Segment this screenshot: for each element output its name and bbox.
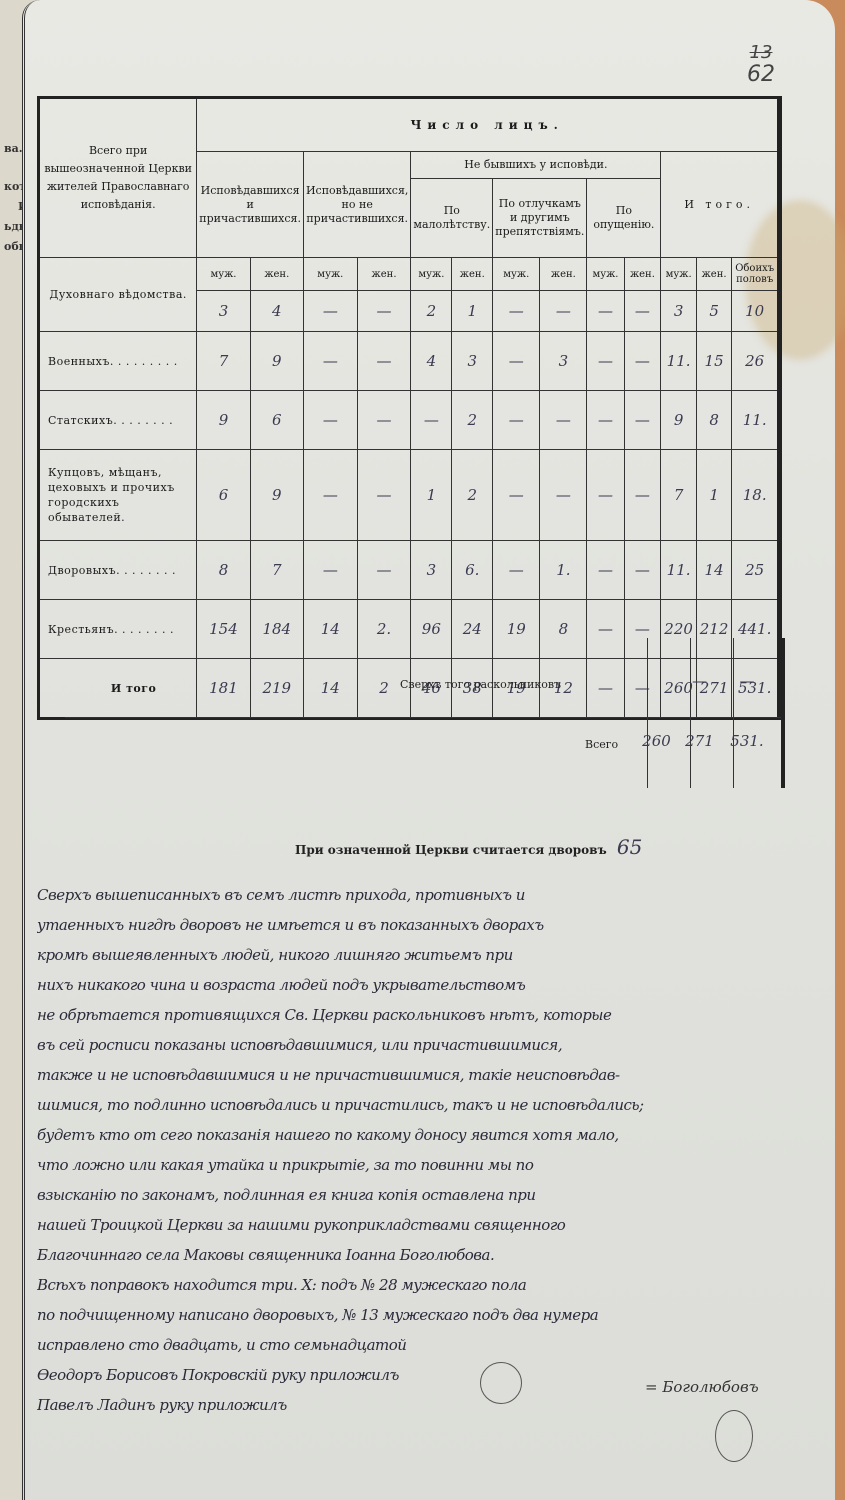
col-female: жен. bbox=[250, 258, 303, 291]
cell: 212 bbox=[696, 600, 731, 659]
cell: 19 bbox=[493, 600, 540, 659]
cell: — bbox=[624, 332, 661, 391]
cell: 6 bbox=[250, 391, 303, 450]
cell: 14 bbox=[303, 600, 357, 659]
cell: — bbox=[624, 600, 661, 659]
note-line: шимися, то подлинно исповѣдались и прича… bbox=[37, 1090, 827, 1120]
note-line: кромѣ вышеявленныхъ людей, никого лишняг… bbox=[37, 940, 827, 970]
archive-number-current: 62 bbox=[747, 64, 775, 86]
note-line: Благочиннаго села Маковы священника Іоан… bbox=[37, 1240, 827, 1270]
cell: 15 bbox=[696, 332, 731, 391]
row-label: Военныхъ. . . . . . . . . bbox=[39, 332, 197, 391]
cell: — bbox=[357, 391, 411, 450]
subgroup-header: По отлучкамъ и другимъ препятствіямъ. bbox=[493, 179, 587, 258]
cell: 219 bbox=[250, 659, 303, 719]
note-line: въ сей росписи показаны исповѣдавшимися,… bbox=[37, 1030, 827, 1060]
households-count: 65 bbox=[617, 835, 642, 859]
row-label: Духовнаго вѣдомства. bbox=[39, 258, 197, 332]
group-header: И того. bbox=[661, 152, 780, 258]
col-male: муж. bbox=[587, 258, 624, 291]
cell: 3 bbox=[661, 291, 696, 332]
cell: 1 bbox=[411, 450, 452, 541]
cell: 7 bbox=[250, 541, 303, 600]
cell: 1 bbox=[452, 291, 493, 332]
divider bbox=[733, 638, 734, 788]
cell: — bbox=[493, 541, 540, 600]
cell: 8 bbox=[540, 600, 587, 659]
cell: 1 bbox=[696, 450, 731, 541]
cell: 18. bbox=[732, 450, 780, 541]
row-label: Крестьянъ. . . . . . . . bbox=[39, 600, 197, 659]
cell: — bbox=[624, 541, 661, 600]
table-row: Военныхъ. . . . . . . . . 7 9 — — 4 3 — … bbox=[39, 332, 780, 391]
note-line: также и не исповѣдавшимися и не причасти… bbox=[37, 1060, 827, 1090]
cell: 96 bbox=[411, 600, 452, 659]
row-label: Купцовъ, мѣщанъ, цеховыхъ и прочихъ горо… bbox=[39, 450, 197, 541]
households-line: При означенной Церкви считается дворовъ … bbox=[295, 835, 642, 859]
cell: 260 bbox=[635, 732, 678, 750]
cell: 2 bbox=[452, 450, 493, 541]
note-line: исправлено сто двадцать, и сто семьнадца… bbox=[37, 1330, 827, 1360]
archive-number-crossed: 13 bbox=[747, 42, 775, 64]
cell: — bbox=[303, 450, 357, 541]
cell: — bbox=[303, 332, 357, 391]
cell: 9 bbox=[250, 332, 303, 391]
cell: 14 bbox=[303, 659, 357, 719]
cell: — bbox=[357, 450, 411, 541]
cell: — bbox=[587, 450, 624, 541]
cell: — bbox=[587, 391, 624, 450]
cell: — bbox=[540, 291, 587, 332]
cell: — bbox=[624, 450, 661, 541]
cell: 184 bbox=[250, 600, 303, 659]
table-row: Купцовъ, мѣщанъ, цеховыхъ и прочихъ горо… bbox=[39, 450, 780, 541]
note-line: утаенныхъ нигдѣ дворовъ не имѣется и въ … bbox=[37, 910, 827, 940]
handwritten-note: Сверхъ вышеписанныхъ въ семъ листѣ прихо… bbox=[37, 880, 827, 1420]
note-line: что ложно или какая утайка и прикрытіе, … bbox=[37, 1150, 827, 1180]
divider bbox=[647, 638, 648, 788]
cell: 9 bbox=[661, 391, 696, 450]
note-line: по подчищенному написано дворовыхъ, № 13… bbox=[37, 1300, 827, 1330]
cell: 26 bbox=[732, 332, 780, 391]
note-line: нашей Троицкой Церкви за нашими рукоприк… bbox=[37, 1210, 827, 1240]
table-row: Дворовыхъ. . . . . . . . 8 7 — — 3 6. — … bbox=[39, 541, 780, 600]
cell: — bbox=[303, 391, 357, 450]
total-label: Всего bbox=[585, 738, 618, 751]
cell: 24 bbox=[452, 600, 493, 659]
cell: 25 bbox=[732, 541, 780, 600]
cell: 3 bbox=[197, 291, 250, 332]
cell: — bbox=[587, 659, 624, 719]
cell: 8 bbox=[197, 541, 250, 600]
cell: — bbox=[493, 391, 540, 450]
note-line: нихъ никакого чина и возраста людей подъ… bbox=[37, 970, 827, 1000]
cell: 7 bbox=[661, 450, 696, 541]
cell: — bbox=[587, 600, 624, 659]
cell: — bbox=[587, 541, 624, 600]
cell: 220 bbox=[661, 600, 696, 659]
cell: 5 bbox=[696, 291, 731, 332]
cell: 11. bbox=[661, 332, 696, 391]
note-line: Сверхъ вышеписанныхъ въ семъ листѣ прихо… bbox=[37, 880, 827, 910]
table-row: Статскихъ. . . . . . . . 9 6 — — — 2 — —… bbox=[39, 391, 780, 450]
confession-register-table: Всего при вышеозначенной Церкви жителей … bbox=[37, 96, 782, 720]
cell: 6. bbox=[452, 541, 493, 600]
cell: 181 bbox=[197, 659, 250, 719]
subgroup-header: По малолѣтству. bbox=[411, 179, 493, 258]
cell: — bbox=[587, 332, 624, 391]
col-male: муж. bbox=[661, 258, 696, 291]
cell: 3 bbox=[540, 332, 587, 391]
households-label: При означенной Церкви считается дворовъ bbox=[295, 843, 607, 857]
row-label: Дворовыхъ. . . . . . . . bbox=[39, 541, 197, 600]
cell: — bbox=[493, 291, 540, 332]
divider bbox=[690, 638, 691, 788]
cell: 9 bbox=[197, 391, 250, 450]
cell: — bbox=[493, 450, 540, 541]
cell: — bbox=[587, 291, 624, 332]
cell: — bbox=[540, 391, 587, 450]
cell: 9 bbox=[250, 450, 303, 541]
cell: — bbox=[303, 291, 357, 332]
archive-number: 13 62 bbox=[747, 42, 775, 86]
cell: — bbox=[493, 332, 540, 391]
cell: — bbox=[540, 450, 587, 541]
cell: 2 bbox=[452, 391, 493, 450]
cell: 4 bbox=[411, 332, 452, 391]
cell: — bbox=[357, 541, 411, 600]
cell: 1. bbox=[540, 541, 587, 600]
cell: — bbox=[624, 291, 661, 332]
cell: — bbox=[357, 332, 411, 391]
group-header: Исповѣдавшихся и причастившихся. bbox=[197, 152, 304, 258]
signature-right: = Боголюбовъ bbox=[645, 1378, 759, 1396]
note-line: будетъ кто от сего показанія нашего по к… bbox=[37, 1120, 827, 1150]
cell: 6 bbox=[197, 450, 250, 541]
col-female: жен. bbox=[452, 258, 493, 291]
table-row: Крестьянъ. . . . . . . . 154 184 14 2. 9… bbox=[39, 600, 780, 659]
group-header: Не бывшихъ у исповѣди. bbox=[411, 152, 661, 179]
note-line: Всѣхъ поправокъ находится три. Х: подъ №… bbox=[37, 1270, 827, 1300]
cell: 2 bbox=[411, 291, 452, 332]
note-line: не обрѣтается противящихся Св. Церкви ра… bbox=[37, 1000, 827, 1030]
col-female: жен. bbox=[696, 258, 731, 291]
col-male: муж. bbox=[493, 258, 540, 291]
cell: 3 bbox=[452, 332, 493, 391]
cell: 11. bbox=[732, 391, 780, 450]
cell: — bbox=[357, 291, 411, 332]
col-male: муж. bbox=[197, 258, 250, 291]
corner-header: Всего при вышеозначенной Церкви жителей … bbox=[39, 98, 197, 258]
cell: 271 bbox=[678, 732, 721, 750]
cell: — bbox=[303, 541, 357, 600]
cell bbox=[635, 672, 678, 690]
cell: 3 bbox=[411, 541, 452, 600]
divider bbox=[65, 717, 781, 718]
cell: 11. bbox=[661, 541, 696, 600]
group-header: Исповѣдавшихся, но не причастившихся. bbox=[303, 152, 410, 258]
cell: 531. bbox=[721, 732, 773, 750]
left-fragment: ва. bbox=[4, 142, 23, 155]
raskol-values: — — bbox=[635, 672, 773, 690]
cell: — bbox=[411, 391, 452, 450]
subgroup-header: По опущенію. bbox=[587, 179, 661, 258]
cell: 14 bbox=[696, 541, 731, 600]
seal-mark-icon bbox=[480, 1362, 522, 1404]
row-label: И того bbox=[39, 659, 197, 719]
main-header: Число лицъ. bbox=[197, 98, 780, 152]
col-male: муж. bbox=[303, 258, 357, 291]
row-label: Статскихъ. . . . . . . . bbox=[39, 391, 197, 450]
cell: — bbox=[721, 672, 773, 690]
cell: 154 bbox=[197, 600, 250, 659]
divider bbox=[781, 638, 785, 788]
cell: 2. bbox=[357, 600, 411, 659]
seal-mark-icon bbox=[715, 1410, 753, 1462]
document-page: 13 62 Всего при вышеозначенной Церкви жи… bbox=[22, 0, 835, 1500]
cell: 10 bbox=[732, 291, 780, 332]
col-female: жен. bbox=[357, 258, 411, 291]
cell: 8 bbox=[696, 391, 731, 450]
col-male: муж. bbox=[411, 258, 452, 291]
cell: 4 bbox=[250, 291, 303, 332]
col-female: жен. bbox=[624, 258, 661, 291]
cell: 441. bbox=[732, 600, 780, 659]
cell: — bbox=[678, 672, 721, 690]
total-values: 260 271 531. bbox=[635, 732, 773, 750]
raskol-label: Сверхъ того раскольниковъ bbox=[400, 678, 561, 691]
col-both: Обоихъ половъ bbox=[732, 258, 780, 291]
col-female: жен. bbox=[540, 258, 587, 291]
cell: 7 bbox=[197, 332, 250, 391]
cell: — bbox=[624, 391, 661, 450]
note-line: взысканію по законамъ, подлинная ея книг… bbox=[37, 1180, 827, 1210]
